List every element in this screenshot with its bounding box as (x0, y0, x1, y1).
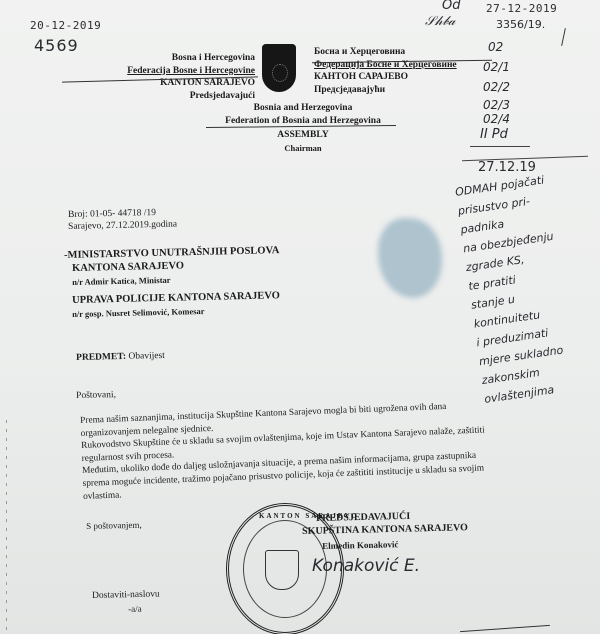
subject-value: Obavijest (128, 351, 165, 362)
signature-name: Elmedin Konaković (322, 538, 399, 552)
received-number-left: 4569 (34, 36, 79, 55)
scanned-letter-page: 20-12-2019 4569 Od 𝒮𝒽𝒷𝒶 27-12-2019 3356/… (0, 0, 600, 634)
letterhead-left-line: Federacija Bosne i Hercegovine (127, 65, 255, 78)
letterhead-left-line: Bosna i Hercegovina (127, 52, 255, 65)
letterhead-left-line: Predsjedavajući (127, 90, 255, 103)
letter-body: Prema našim saznanjima, institucija Skup… (80, 399, 487, 503)
routing-code: 02/1 (483, 60, 510, 74)
letterhead-right: Босна и Херцеговина Федерација Босне и Х… (314, 46, 457, 96)
received-date-left: 20-12-2019 (30, 19, 101, 32)
letterhead-center-line: Chairman (208, 142, 398, 155)
recipient-2-attention: n/r gosp. Nusret Selimović, Komesar (72, 305, 205, 321)
redaction-blur (378, 218, 442, 298)
stamp-stroke (561, 28, 566, 46)
letterhead-center-line: ASSEMBLY (208, 129, 398, 142)
closing: S poštovanjem, (86, 519, 142, 533)
routing-code: II Pd (480, 127, 508, 142)
routing-code: 02/2 (483, 80, 510, 94)
coat-of-arms-icon (262, 44, 296, 92)
registry-number-right: 3356/19. (496, 18, 545, 31)
reference-place-date: Sarajevo, 27.12.2019.godina (68, 219, 177, 234)
signature-scribble: 𝒮𝒽𝒷𝒶 (425, 14, 455, 29)
subject: PREDMET: Obavijest (76, 350, 165, 365)
bottom-stroke (460, 625, 550, 633)
recipient-1-attention: n/r Admir Katica, Ministar (72, 274, 171, 289)
signature-org: SKUPŠTINA KANTONA SARAJEVO (302, 522, 468, 538)
routing-code: 02/3 (483, 98, 510, 112)
letterhead-right-line: КАНТОН САРАЈЕВО (314, 71, 457, 84)
routing-underline (470, 146, 530, 147)
handwritten-note: ODMAH pojačati prisustvo pri- padnika na… (454, 170, 576, 408)
handwritten-signature: Konaković E. (312, 556, 420, 576)
delivery-label: Dostaviti-naslovu (92, 588, 160, 602)
subject-label: PREDMET: (76, 352, 126, 363)
routing-code: 02 (488, 40, 503, 54)
initials-right: Od (442, 0, 460, 13)
letterhead-right-line: Босна и Херцеговина (314, 46, 457, 59)
letterhead-center-line: Bosnia and Herzegovina (208, 102, 398, 115)
received-date-right: 27-12-2019 (486, 2, 557, 15)
scan-margin-line (6, 420, 7, 634)
salutation: Poštovani, (76, 389, 116, 402)
letterhead-right-line: Предсједавајући (314, 84, 457, 97)
delivery-archive: -a/a (128, 603, 142, 616)
routing-code: 02/4 (483, 112, 510, 126)
